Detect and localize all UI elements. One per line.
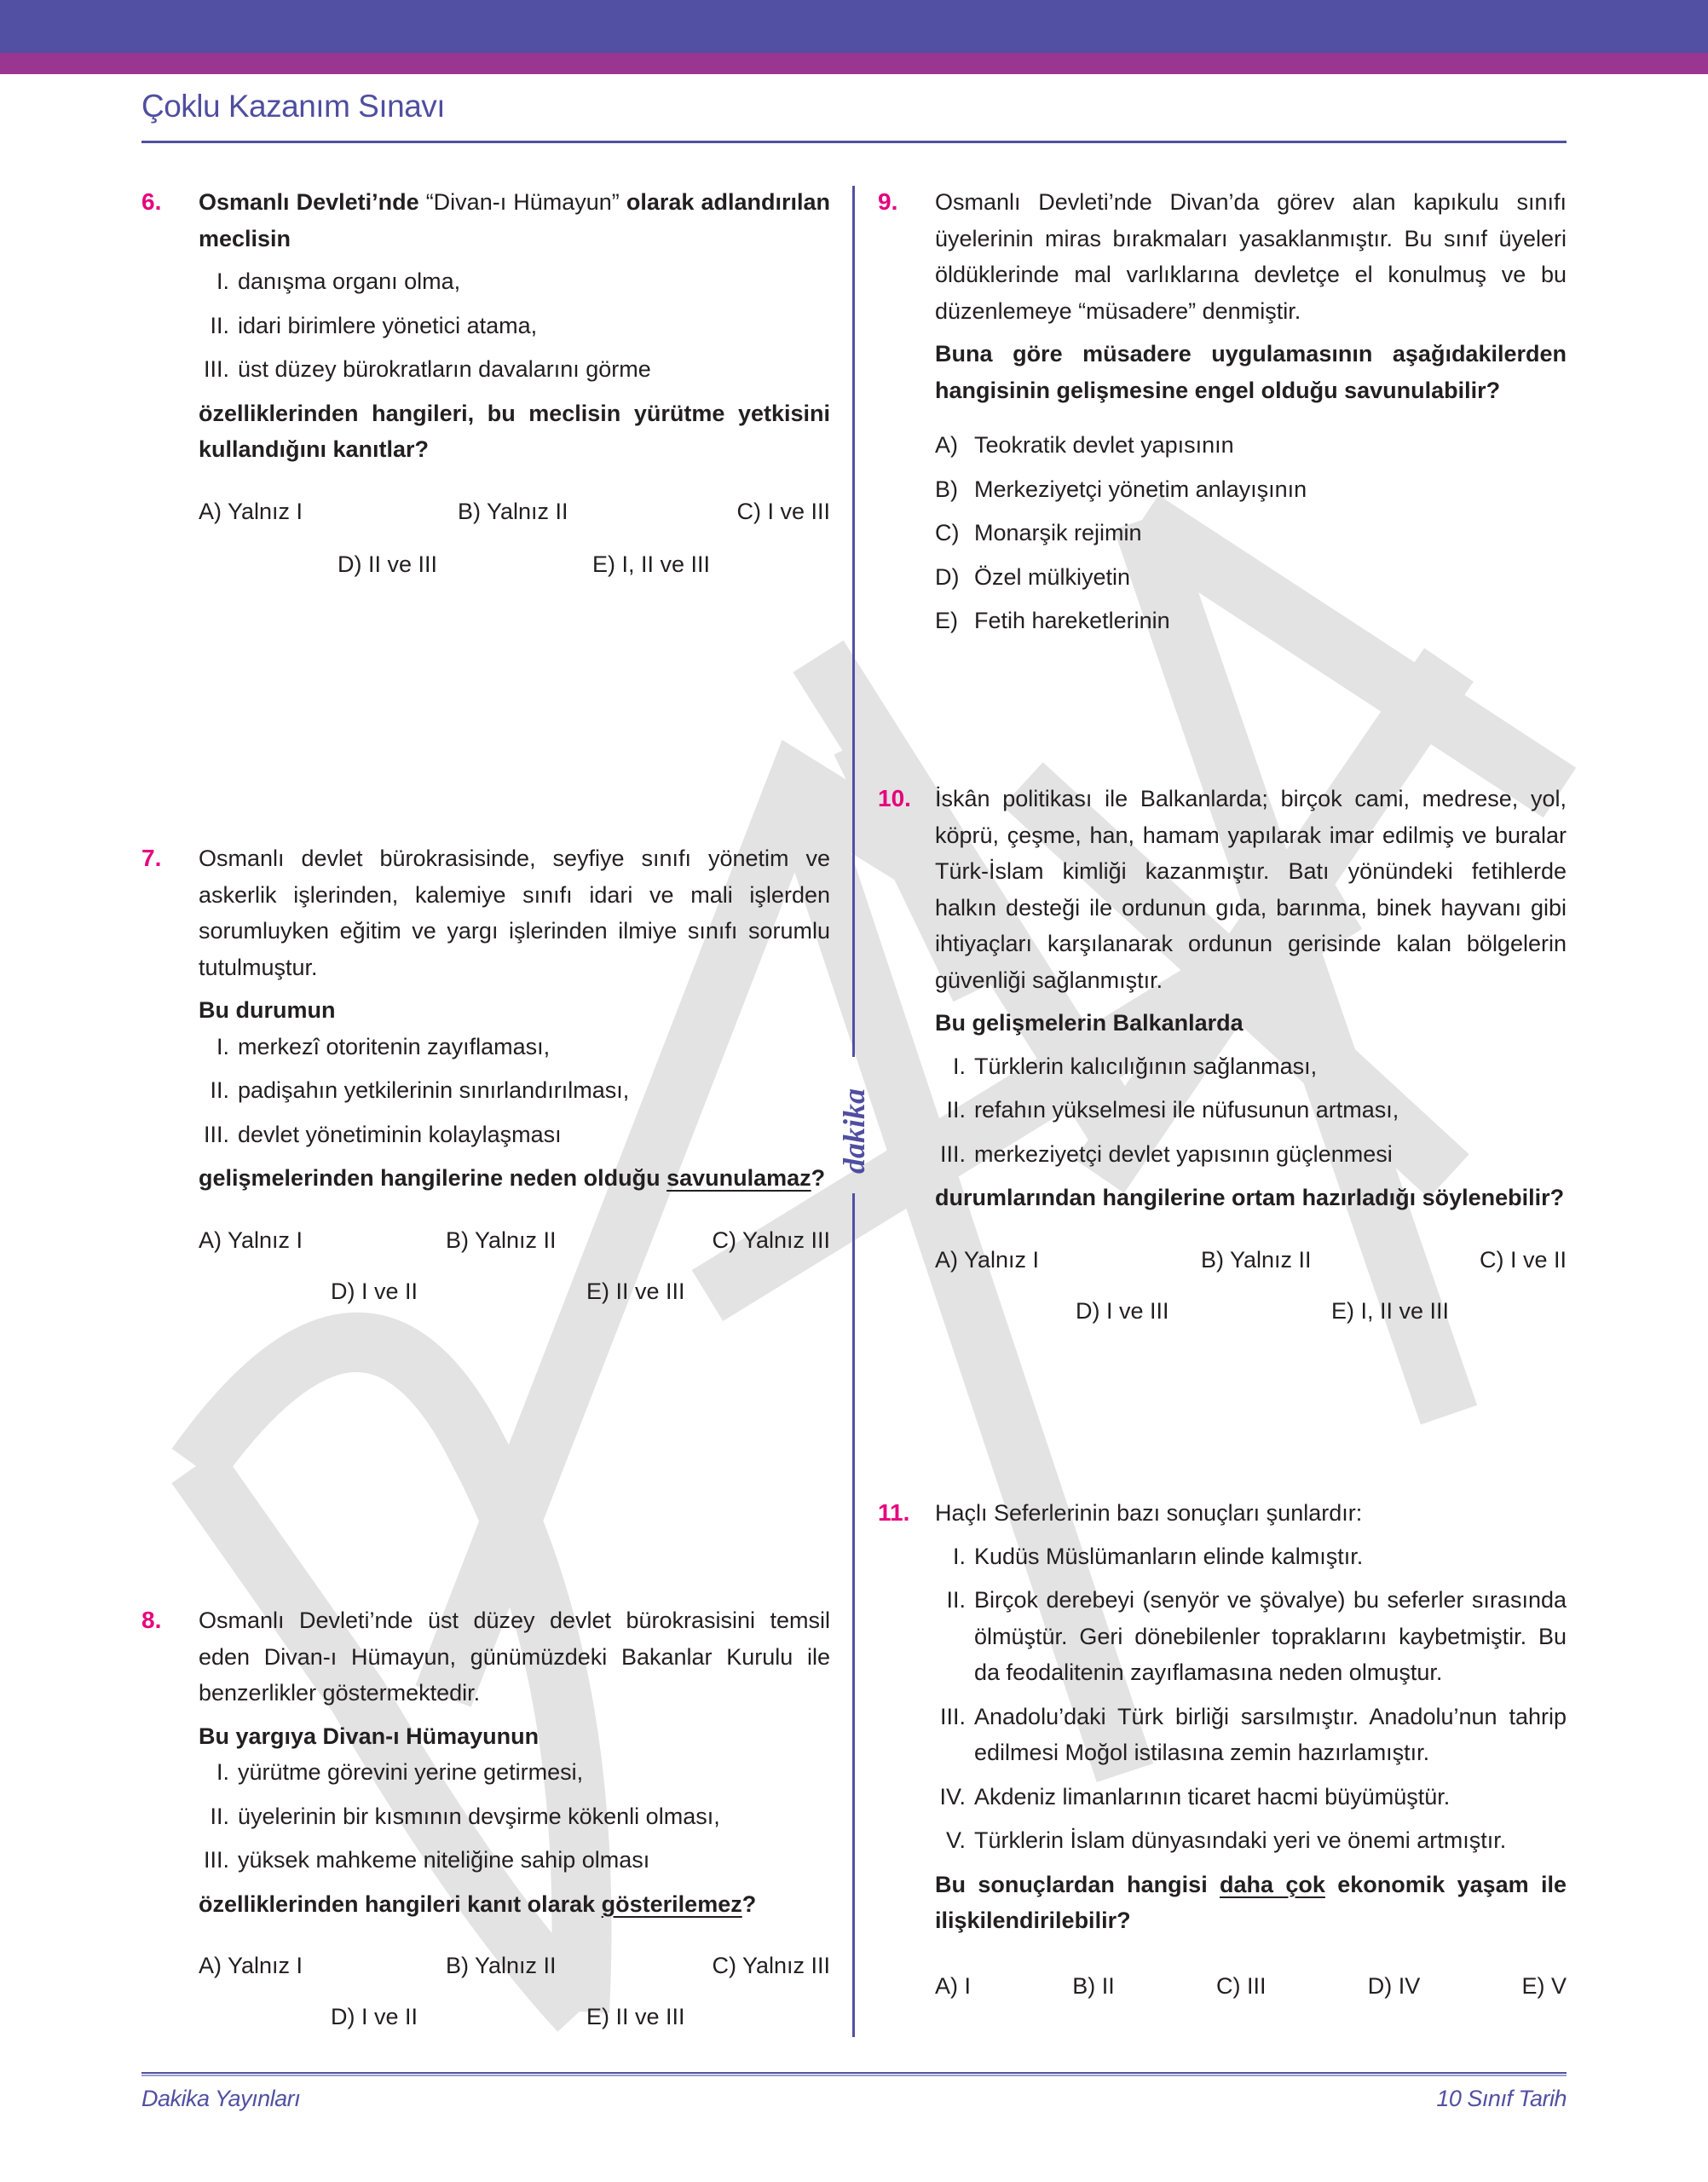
prompt-emphasis: gösterilemez	[602, 1891, 742, 1917]
roman-items: I.merkezî otoritenin zayıflaması, II.pad…	[199, 1029, 830, 1153]
question-prompt: özelliklerinden hangileri, bu meclisin y…	[199, 395, 830, 468]
roman-item: I.danışma organı olma,	[199, 263, 830, 300]
question-number: 7.	[141, 840, 161, 877]
question-stem: İskân politikası ile Balkanlarda; birçok…	[935, 781, 1567, 998]
header-band-primary	[0, 0, 1708, 53]
question-lead: Bu durumun	[199, 992, 830, 1029]
answer-options: A) Yalnız I B) Yalnız II C) Yalnız III D…	[199, 1222, 830, 1316]
roman-numeral: I.	[199, 263, 229, 300]
prompt-text: ?	[811, 1165, 826, 1191]
option-b[interactable]: B) Yalnız II	[458, 494, 568, 530]
roman-numeral: III.	[199, 351, 229, 388]
question-stem: Osmanlı Devleti’nde üst düzey devlet bür…	[199, 1602, 830, 1712]
option-c[interactable]: C) Yalnız III	[712, 1222, 830, 1259]
option-e[interactable]: E)Fetih hareketlerinin	[935, 603, 1567, 639]
question-stem: Osmanlı Devleti’nde “Divan-ı Hümayun” ol…	[199, 184, 830, 257]
prompt-emphasis: daha çok	[1220, 1872, 1325, 1897]
roman-item: IV.Akdeniz limanlarının ticaret hacmi bü…	[935, 1779, 1567, 1815]
question-number: 9.	[878, 184, 897, 221]
question-number: 6.	[141, 184, 161, 221]
roman-item: III.devlet yönetiminin kolaylaşması	[199, 1117, 830, 1153]
item-text: Türklerin kalıcılığının sağlanması,	[974, 1048, 1567, 1085]
option-letter: B)	[935, 471, 974, 508]
item-text: merkezî otoritenin zayıflaması,	[238, 1029, 830, 1065]
answer-options: A) Yalnız I B) Yalnız II C) I ve III D) …	[199, 494, 830, 587]
prompt-text: ?	[742, 1891, 757, 1917]
question-lead: Bu yargıya Divan-ı Hümayunun	[199, 1718, 830, 1755]
option-d[interactable]: D) I ve II	[331, 1273, 418, 1310]
option-c[interactable]: C) I ve III	[736, 494, 830, 530]
prompt-emphasis: savunulamaz	[666, 1165, 811, 1191]
roman-numeral: I.	[199, 1754, 229, 1791]
roman-items: I.Türklerin kalıcılığının sağlanması, II…	[935, 1048, 1567, 1173]
column-divider-top	[852, 186, 855, 1057]
item-text: danışma organı olma,	[238, 263, 830, 300]
question-lead: Bu gelişmelerin Balkanlarda	[935, 1005, 1567, 1042]
roman-numeral: I.	[935, 1048, 966, 1085]
option-e[interactable]: E) II ve III	[586, 1999, 685, 2035]
option-text: Monarşik rejimin	[974, 520, 1142, 545]
footer-divider	[141, 2072, 1567, 2074]
option-a[interactable]: A) I	[935, 1968, 971, 2005]
roman-items: I.yürütme görevini yerine getirmesi, II.…	[199, 1754, 830, 1879]
option-b[interactable]: B)Merkeziyetçi yönetim anlayışının	[935, 471, 1567, 508]
page-title: Çoklu Kazanım Sınavı	[141, 89, 445, 124]
question-number: 11.	[878, 1495, 909, 1532]
question-prompt: Buna göre müsadere uygulamasının aşağıda…	[935, 336, 1567, 408]
option-a[interactable]: A) Yalnız I	[935, 1242, 1039, 1279]
option-a[interactable]: A) Yalnız I	[199, 494, 303, 530]
roman-numeral: V.	[935, 1822, 966, 1859]
option-letter: A)	[935, 427, 974, 464]
stem-quoted-term: “Divan-ı Hümayun”	[419, 189, 626, 215]
roman-items: I.Kudüs Müslümanların elinde kalmıştır. …	[935, 1538, 1567, 1859]
question-prompt: gelişmelerinden hangilerine neden olduğu…	[199, 1160, 830, 1197]
roman-numeral: III.	[199, 1117, 229, 1153]
item-text: padişahın yetkilerinin sınırlandırılması…	[238, 1072, 830, 1109]
option-c[interactable]: C)Monarşik rejimin	[935, 515, 1567, 551]
question-7: 7. Osmanlı devlet bürokrasisinde, seyfiy…	[141, 840, 830, 1316]
roman-items: I.danışma organı olma, II.idari birimler…	[199, 263, 830, 388]
question-stem: Haçlı Seferlerinin bazı sonuçları şunlar…	[935, 1495, 1567, 1532]
option-c[interactable]: C) Yalnız III	[712, 1948, 830, 1984]
option-b[interactable]: B) Yalnız II	[1201, 1242, 1312, 1279]
roman-numeral: III.	[199, 1842, 229, 1879]
option-a[interactable]: A) Yalnız I	[199, 1222, 303, 1259]
question-number: 10.	[878, 781, 911, 817]
option-e[interactable]: E) II ve III	[586, 1273, 685, 1310]
question-11: 11. Haçlı Seferlerinin bazı sonuçları şu…	[878, 1495, 1567, 2004]
option-e[interactable]: E) V	[1521, 1968, 1567, 2005]
question-9: 9. Osmanlı Devleti’nde Divan’da görev al…	[878, 184, 1567, 647]
option-letter: E)	[935, 603, 974, 639]
question-stem: Osmanlı Devleti’nde Divan’da görev alan …	[935, 184, 1567, 329]
roman-item: I.yürütme görevini yerine getirmesi,	[199, 1754, 830, 1791]
roman-numeral: I.	[935, 1538, 966, 1575]
roman-item: II.padişahın yetkilerinin sınırlandırılm…	[199, 1072, 830, 1109]
roman-item: III.merkeziyetçi devlet yapısının güçlen…	[935, 1136, 1567, 1173]
question-10: 10. İskân politikası ile Balkanlarda; bi…	[878, 781, 1567, 1336]
option-b[interactable]: B) Yalnız II	[446, 1222, 557, 1259]
question-stem: Osmanlı devlet bürokrasisinde, seyfiye s…	[199, 840, 830, 985]
option-text: Teokratik devlet yapısının	[974, 432, 1234, 458]
item-text: idari birimlere yönetici atama,	[238, 308, 830, 344]
question-prompt: Bu sonuçlardan hangisi daha çok ekonomik…	[935, 1867, 1567, 1939]
question-prompt: özelliklerinden hangileri kanıt olarak g…	[199, 1886, 830, 1923]
item-text: üyelerinin bir kısmının devşirme kökenli…	[238, 1798, 830, 1835]
roman-numeral: IV.	[935, 1779, 966, 1815]
prompt-text: gelişmelerinden hangilerine neden olduğu	[199, 1165, 666, 1191]
item-text: Anadolu’daki Türk birliği sarsılmıştır. …	[974, 1699, 1567, 1771]
option-letter: D)	[935, 559, 974, 596]
question-8: 8. Osmanlı Devleti’nde üst düzey devlet …	[141, 1602, 830, 2041]
question-prompt: durumlarından hangilerine ortam hazırlad…	[935, 1180, 1567, 1216]
roman-numeral: I.	[199, 1029, 229, 1065]
header-band-accent	[0, 53, 1708, 74]
item-text: yüksek mahkeme niteliğine sahip olması	[238, 1842, 830, 1879]
option-c[interactable]: C) III	[1216, 1968, 1267, 2005]
stem-bold-part: Osmanlı Devleti’nde	[199, 189, 419, 215]
roman-item: V.Türklerin İslam dünyasındaki yeri ve ö…	[935, 1822, 1567, 1859]
item-text: refahın yükselmesi ile nüfusunun artması…	[974, 1092, 1567, 1129]
item-text: Birçok derebeyi (senyör ve şövalye) bu s…	[974, 1582, 1567, 1691]
answer-options: A)Teokratik devlet yapısının B)Merkeziye…	[935, 427, 1567, 639]
option-letter: C)	[935, 515, 974, 551]
header-divider	[141, 141, 1567, 143]
roman-item: II.üyelerinin bir kısmının devşirme köke…	[199, 1798, 830, 1835]
option-e[interactable]: E) I, II ve III	[1331, 1293, 1449, 1330]
question-6: 6. Osmanlı Devleti’nde “Divan-ı Hümayun”…	[141, 184, 830, 587]
item-text: yürütme görevini yerine getirmesi,	[238, 1754, 830, 1791]
roman-numeral: III.	[935, 1699, 966, 1735]
roman-item: I.Türklerin kalıcılığının sağlanması,	[935, 1048, 1567, 1085]
item-text: devlet yönetiminin kolaylaşması	[238, 1117, 830, 1153]
option-e[interactable]: E) I, II ve III	[592, 546, 710, 583]
option-text: Merkeziyetçi yönetim anlayışının	[974, 476, 1307, 502]
option-b[interactable]: B) II	[1072, 1968, 1115, 2005]
roman-item: I.merkezî otoritenin zayıflaması,	[199, 1029, 830, 1065]
roman-item: II.Birçok derebeyi (senyör ve şövalye) b…	[935, 1582, 1567, 1691]
roman-item: I.Kudüs Müslümanların elinde kalmıştır.	[935, 1538, 1567, 1575]
option-a[interactable]: A)Teokratik devlet yapısının	[935, 427, 1567, 464]
option-d[interactable]: D) I ve III	[1076, 1293, 1169, 1330]
item-text: merkeziyetçi devlet yapısının güçlenmesi	[974, 1136, 1567, 1173]
option-b[interactable]: B) Yalnız II	[446, 1948, 557, 1984]
footer-divider-light	[141, 2075, 1567, 2076]
item-text: Türklerin İslam dünyasındaki yeri ve öne…	[974, 1822, 1567, 1859]
prompt-text: Bu sonuçlardan hangisi	[935, 1872, 1220, 1897]
question-number: 8.	[141, 1602, 161, 1639]
option-c[interactable]: C) I ve II	[1480, 1242, 1567, 1279]
item-text: Akdeniz limanlarının ticaret hacmi büyüm…	[974, 1779, 1567, 1815]
option-a[interactable]: A) Yalnız I	[199, 1948, 303, 1984]
roman-item: III.üst düzey bürokratların davalarını g…	[199, 351, 830, 388]
roman-item: II.idari birimlere yönetici atama,	[199, 308, 830, 344]
footer-publisher: Dakika Yayınları	[141, 2086, 300, 2112]
answer-options: A) Yalnız I B) Yalnız II C) I ve II D) I…	[935, 1242, 1567, 1336]
option-d[interactable]: D) IV	[1368, 1968, 1421, 2005]
column-divider-bottom	[852, 1193, 855, 2037]
roman-numeral: II.	[199, 308, 229, 344]
answer-options: A) I B) II C) III D) IV E) V	[935, 1968, 1567, 2005]
option-d[interactable]: D) I ve II	[331, 1999, 418, 2035]
option-d[interactable]: D)Özel mülkiyetin	[935, 559, 1567, 596]
option-text: Özel mülkiyetin	[974, 564, 1130, 590]
roman-numeral: II.	[199, 1798, 229, 1835]
roman-item: III.Anadolu’daki Türk birliği sarsılmışt…	[935, 1699, 1567, 1771]
roman-item: II.refahın yükselmesi ile nüfusunun artm…	[935, 1092, 1567, 1129]
item-text: üst düzey bürokratların davalarını görme	[238, 351, 830, 388]
answer-options: A) Yalnız I B) Yalnız II C) Yalnız III D…	[199, 1948, 830, 2041]
option-d[interactable]: D) II ve III	[338, 546, 437, 583]
prompt-text: özelliklerinden hangileri kanıt olarak	[199, 1891, 602, 1917]
roman-numeral: II.	[935, 1092, 966, 1129]
footer-subject: 10 Sınıf Tarih	[1436, 2086, 1567, 2112]
side-brand-label: dakika	[836, 1088, 872, 1174]
roman-numeral: II.	[935, 1582, 966, 1619]
roman-numeral: II.	[199, 1072, 229, 1109]
roman-item: III.yüksek mahkeme niteliğine sahip olma…	[199, 1842, 830, 1879]
option-text: Fetih hareketlerinin	[974, 608, 1170, 633]
roman-numeral: III.	[935, 1136, 966, 1173]
item-text: Kudüs Müslümanların elinde kalmıştır.	[974, 1538, 1567, 1575]
